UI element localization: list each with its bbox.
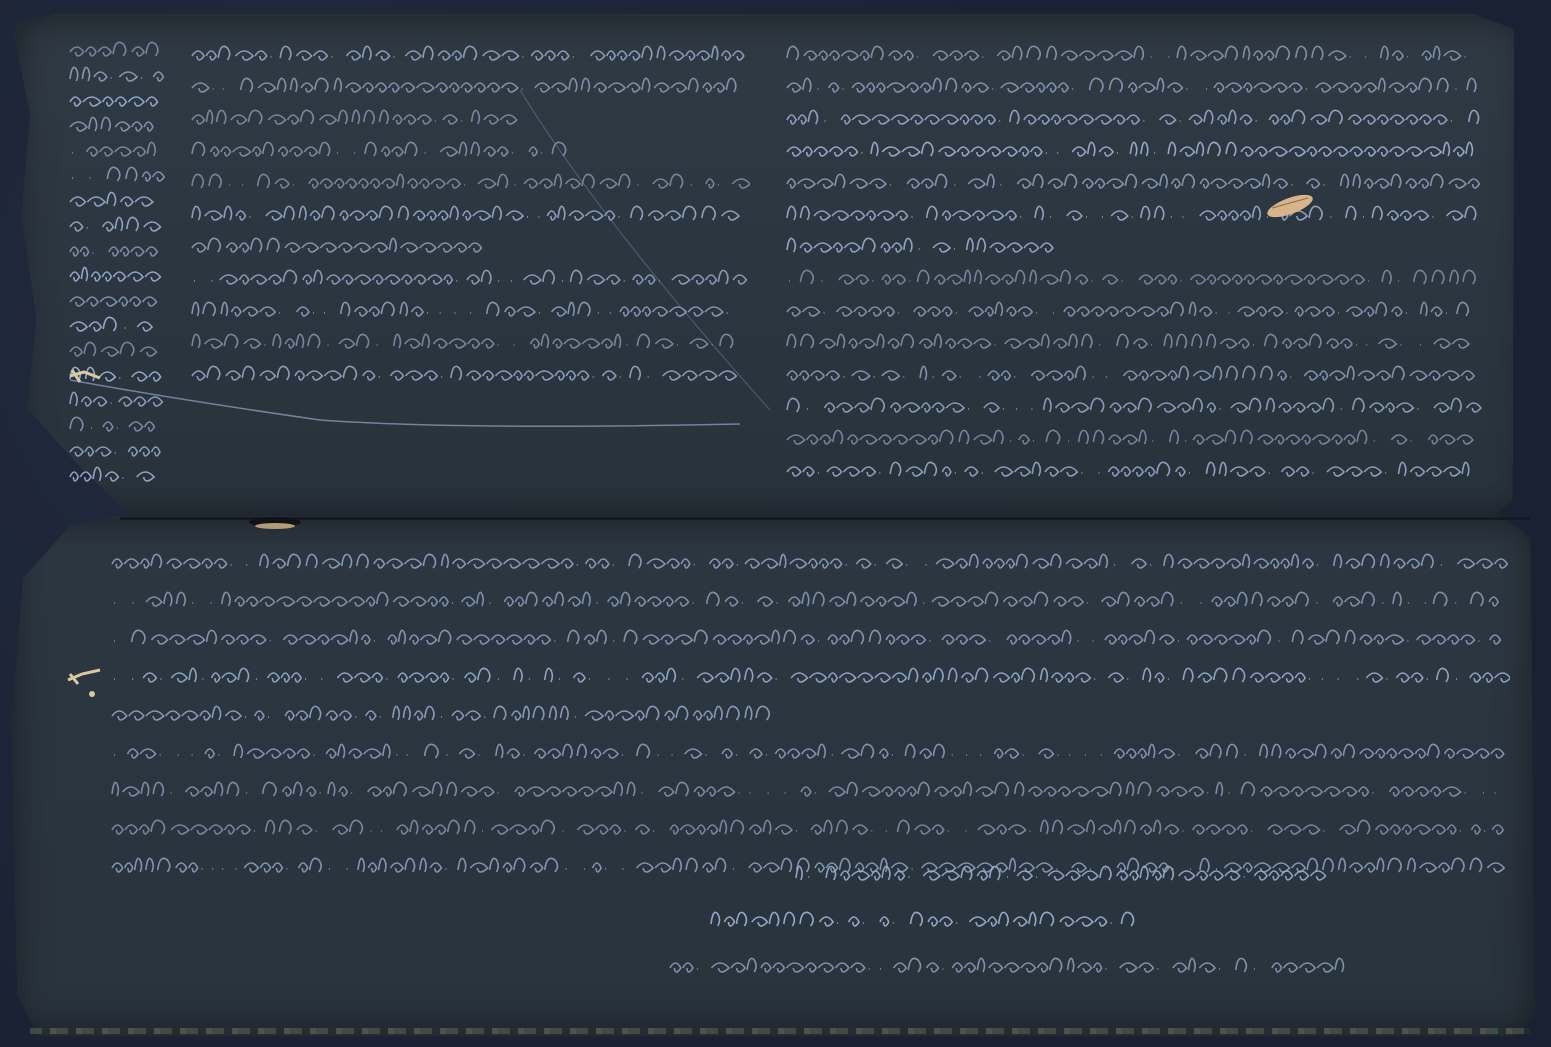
- script-line: [785, 232, 1485, 258]
- bottom-edge-wear: [30, 1028, 1530, 1034]
- script-line: [68, 36, 168, 56]
- script-line: [785, 264, 1485, 290]
- script-line: [68, 286, 168, 306]
- script-line: [110, 700, 1510, 726]
- fold-crease: [120, 517, 1530, 520]
- script-line: [785, 360, 1485, 386]
- script-line: [110, 624, 1510, 650]
- script-line: [68, 211, 168, 231]
- script-line: [668, 952, 1340, 978]
- script-line: [68, 111, 168, 131]
- signature-flourish: [640, 860, 1340, 998]
- script-line: [110, 776, 1510, 802]
- script-line: [110, 548, 1510, 574]
- insect-mark-icon: [66, 360, 106, 390]
- script-line: [68, 261, 168, 281]
- script-line: [785, 296, 1485, 322]
- script-line: [68, 311, 168, 331]
- script-line: [785, 200, 1485, 226]
- script-line: [785, 168, 1485, 194]
- script-line: [785, 392, 1485, 418]
- script-line: [68, 461, 168, 481]
- script-line: [110, 738, 1510, 764]
- diagonal-stroke: [520, 80, 780, 420]
- right-text-block: [785, 40, 1485, 488]
- main-text-block: [110, 548, 1510, 890]
- script-line: [785, 424, 1485, 450]
- script-line: [709, 906, 1340, 932]
- insect-damage-icon: [1262, 188, 1322, 223]
- script-line: [785, 136, 1485, 162]
- script-line: [68, 336, 168, 356]
- script-line: [785, 104, 1485, 130]
- script-line: [68, 236, 168, 256]
- script-line: [68, 61, 168, 81]
- script-line: [785, 328, 1485, 354]
- script-line: [68, 86, 168, 106]
- script-line: [68, 136, 168, 156]
- script-line: [110, 586, 1510, 612]
- script-line: [785, 72, 1485, 98]
- insect-mark-icon: [64, 658, 108, 698]
- tear-at-fold: [245, 512, 305, 532]
- script-line: [785, 40, 1485, 66]
- script-line: [110, 662, 1510, 688]
- script-line: [785, 456, 1485, 482]
- script-line: [68, 161, 168, 181]
- script-line: [110, 814, 1510, 840]
- script-line: [68, 186, 168, 206]
- script-line: [794, 860, 1340, 886]
- script-line: [190, 40, 750, 66]
